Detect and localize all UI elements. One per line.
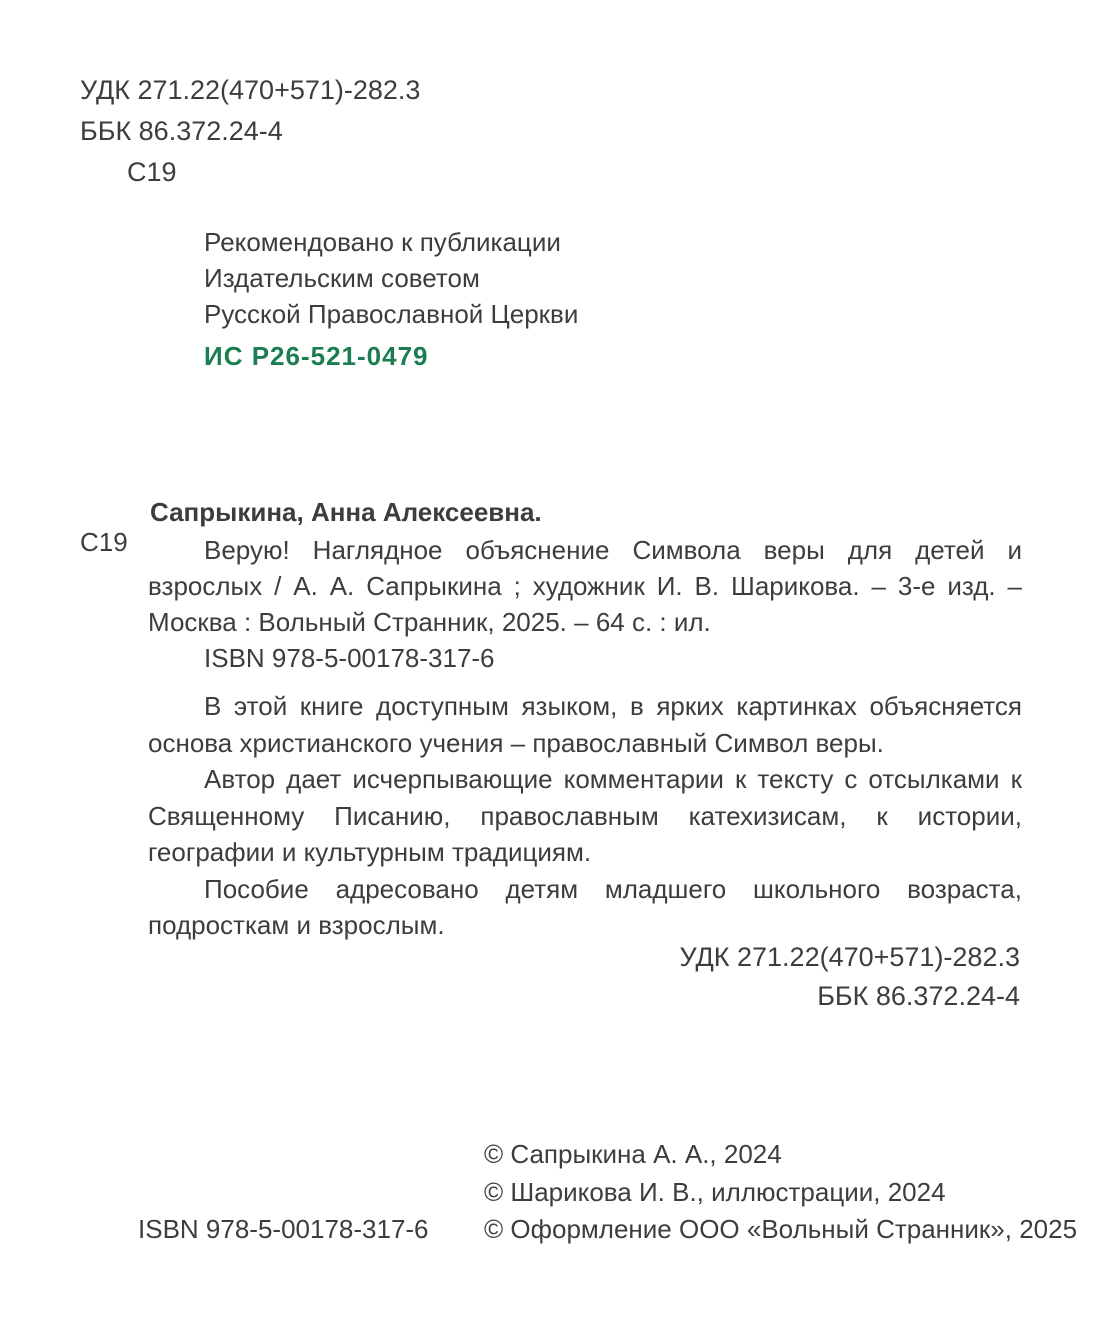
bbk-top: ББК 86.372.24-4 [80,111,420,152]
bottom-codes-block: УДК 271.22(470+571)-282.3 ББК 86.372.24-… [680,938,1020,1016]
isbn-footer: ISBN 978-5-00178-317-6 [138,1211,429,1249]
author-sign-top: С19 [80,152,420,193]
udk-top: УДК 271.22(470+571)-282.3 [80,70,420,111]
annotation-block: В этой книге доступным языком, в ярких к… [148,688,1022,944]
annotation-paragraph: В этой книге доступным языком, в ярких к… [148,688,1022,761]
bibliographic-description: Верую! Наглядное объяснение Символа веры… [148,532,1022,640]
annotation-paragraph: Автор дает исчерпывающие комментарии к т… [148,761,1022,871]
isbn-catalog: ISBN 978-5-00178-317-6 [148,640,1022,676]
top-codes-block: УДК 271.22(470+571)-282.3 ББК 86.372.24-… [80,70,420,193]
copyright-line: © Шарикова И. В., иллюстрации, 2024 [484,1174,1077,1212]
recommendation-line: Русской Православной Церкви [204,296,578,332]
copyright-block: © Сапрыкина А. А., 2024 © Шарикова И. В.… [484,1136,1077,1249]
copyright-line: © Сапрыкина А. А., 2024 [484,1136,1077,1174]
book-copyright-page: УДК 271.22(470+571)-282.3 ББК 86.372.24-… [0,0,1104,1338]
bbk-bottom: ББК 86.372.24-4 [680,977,1020,1016]
recommendation-line: Издательским советом [204,260,578,296]
author-sign-margin: С19 [80,527,128,558]
annotation-paragraph: Пособие адресовано детям младшего школьн… [148,871,1022,944]
is-number: ИС Р26-521-0479 [204,338,578,374]
udk-bottom: УДК 271.22(470+571)-282.3 [680,938,1020,977]
copyright-line: © Оформление ООО «Вольный Странник», 202… [484,1211,1077,1249]
catalog-entry-block: Сапрыкина, Анна Алексеевна. Верую! Нагля… [148,494,1022,676]
recommendation-line: Рекомендовано к публикации [204,224,578,260]
recommendation-block: Рекомендовано к публикации Издательским … [204,224,578,374]
author-heading: Сапрыкина, Анна Алексеевна. [148,494,1022,530]
